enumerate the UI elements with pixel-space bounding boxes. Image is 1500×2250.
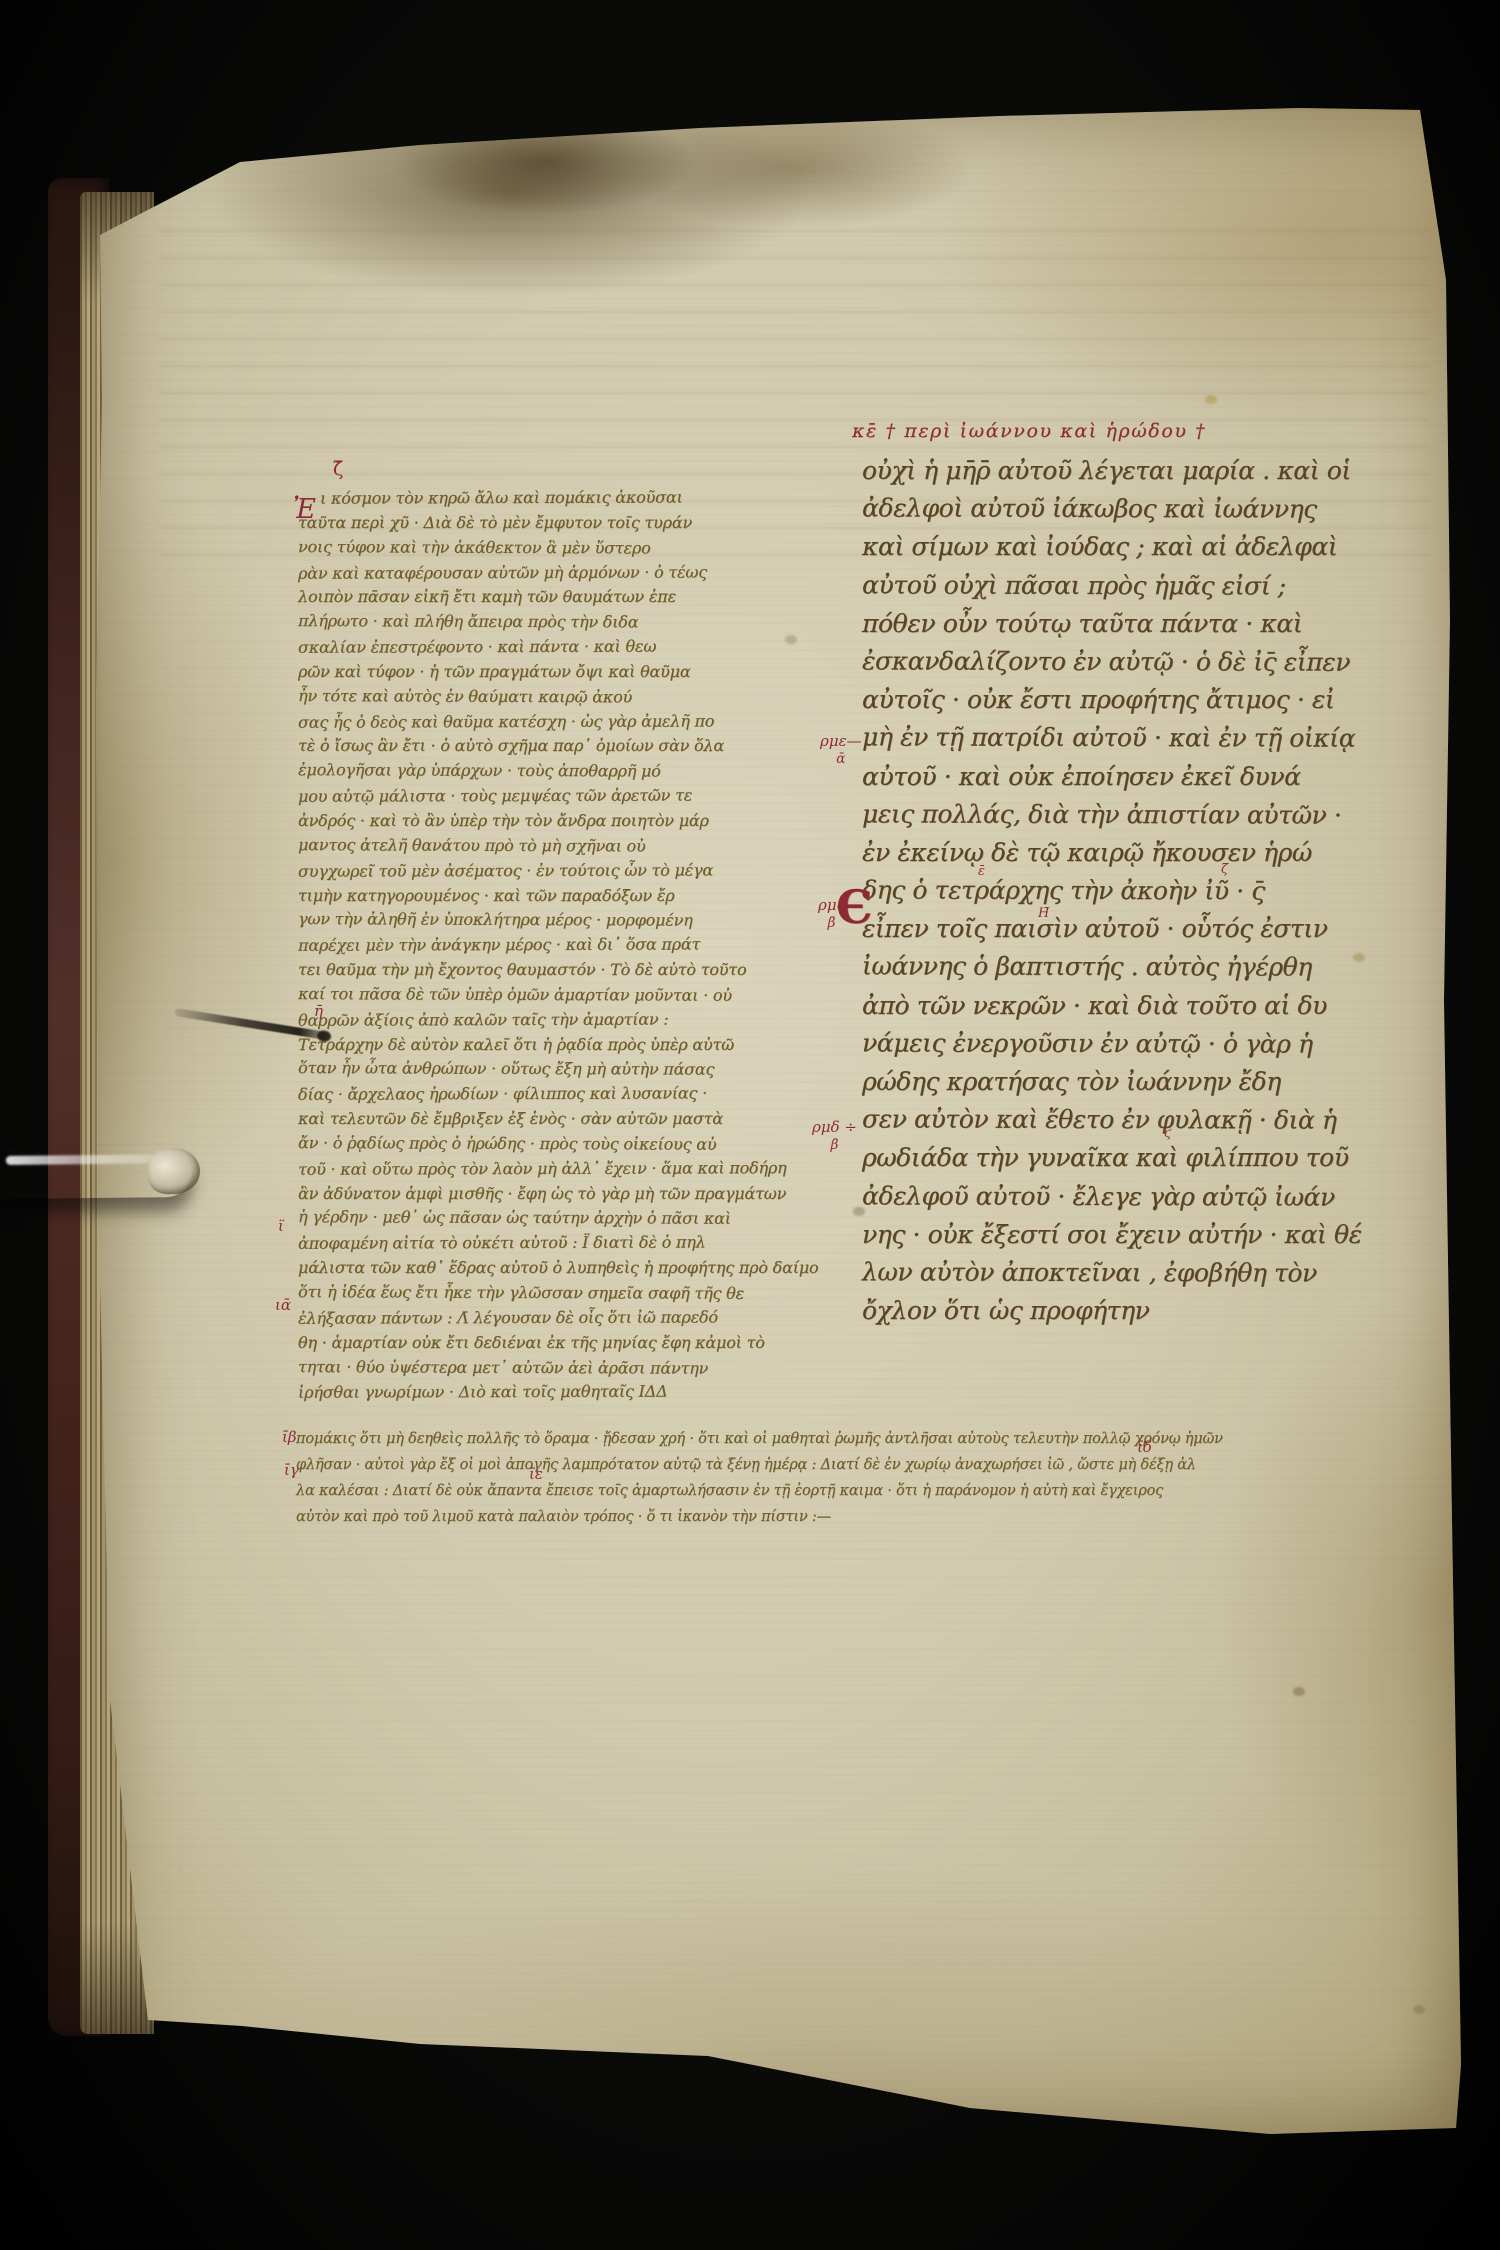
eusebian-section-number: ρμδ ÷: [812, 1120, 857, 1135]
gospel-line: ἰωάννης ὁ βαπτιστής . αὐτὸς ἠγέρθη: [862, 948, 1348, 987]
footer-commentary-block: πομάκις ὅτι μὴ δεηθεὶς πολλῆς τὸ ὅραμα ·…: [296, 1426, 1481, 1530]
commentary-line: ἂν ἀδύνατον ἀμφὶ μισθῆς · ἔφη ὡς τὸ γὰρ …: [298, 1182, 770, 1207]
gospel-line: αὐτοῦ οὐχὶ πᾶσαι πρὸς ἡμᾶς εἰσί ;: [862, 566, 1348, 605]
gospel-line: νης · οὐκ ἔξεστί σοι ἔχειν αὐτήν · καὶ θ…: [862, 1216, 1348, 1254]
chapter-heading-title: † περὶ ἰωάννου καὶ ἡρώδου †: [886, 420, 1207, 442]
gospel-line: ὄχλον ὅτι ὡς προφήτην: [862, 1292, 1348, 1330]
gospel-line: νάμεις ἐνεργοῦσιν ἐν αὐτῷ · ὁ γὰρ ἡ: [862, 1024, 1348, 1063]
commentary-line: ι κόσμον τὸν κηρῶ ἄλω καὶ πομάκις ἀκοῦσα…: [298, 485, 770, 511]
gospel-line: αὐτοῖς · οὐκ ἔστι προφήτης ἄτιμος · εἰ: [862, 681, 1348, 719]
eusebian-section-number: ρμε—: [820, 734, 862, 749]
commentary-line: ἐμολογῆσαι γὰρ ὑπάρχων · τοὺς ἀποθαρρῆ μ…: [298, 758, 770, 785]
left-column-section-number: ζ̄: [333, 458, 343, 480]
commentary-line: ἀποφαμένη αἰτία τὸ οὐκέτι αὐτοῦ : Ϊ διατ…: [298, 1231, 770, 1257]
footer-commentary-line: αὐτὸν καὶ πρὸ τοῦ λιμοῦ κατὰ παλαιὸν τρό…: [296, 1504, 1481, 1530]
commentary-line: ἰρήσθαι γνωρίμων · Διὸ καὶ τοῖς μαθηταῖς…: [298, 1380, 770, 1406]
commentary-line: Τετράρχην δὲ αὐτὸν καλεῖ ὅτι ἡ ῥᾳδία πρὸ…: [298, 1033, 770, 1058]
eusebian-canon-number: ᾱ: [820, 752, 862, 767]
commentary-line: ἀνδρός · καὶ τὸ ἂν ὑπὲρ τὴν τὸν ἄνδρα πο…: [298, 809, 770, 834]
commentary-line: παρέχει μὲν τὴν ἀνάγκην μέρος · καὶ δι᾽ …: [298, 932, 770, 958]
glass-rod-highlight: [6, 1154, 156, 1165]
gospel-line: δης ὁ τετράρχης τὴν ἀκοὴν ἰῦ · ς̄: [862, 871, 1348, 910]
gospel-column: οὐχὶ ἡ μη̄ρ̄ αὐτοῦ λέγεται μαρία . καὶ ο…: [862, 452, 1348, 1330]
interlinear-numeral: Η̄: [1038, 906, 1049, 921]
footer-commentary-line: λα καλέσαι : Διατί δὲ οὐκ ἄπαντα ἔπεισε …: [296, 1478, 1481, 1504]
gospel-line: πόθεν οὖν τούτῳ ταῦτα πάντα · καὶ: [862, 605, 1348, 643]
eusebian-canon-number: β̄: [812, 1138, 857, 1153]
gospel-line: ἀδελφοῦ αὐτοῦ · ἔλεγε γὰρ αὐτῷ ἰωάν: [862, 1177, 1348, 1216]
commentary-line: ρὰν καὶ καταφέρουσαν αὐτῶν μὴ ἁρμόνων · …: [298, 560, 770, 586]
commentary-line: ἡ γέρδην · μεθ᾽ ὡς πᾶσαν ὡς ταύτην ἀρχὴν…: [298, 1206, 770, 1233]
gospel-line: σεν αὐτὸν καὶ ἔθετο ἐν φυλακῇ · διὰ ἡ: [862, 1101, 1348, 1140]
eusebian-canon-number: β̄: [818, 916, 845, 931]
commentary-line: μου αὐτῷ μάλιστα · τοὺς μεμψέας τῶν ἀρετ…: [298, 783, 770, 809]
gospel-line: ἐσκανδαλίζοντο ἐν αὐτῷ · ὁ δὲ ἰς̄ εἶπεν: [862, 642, 1348, 681]
commentary-line: ἦν τότε καὶ αὐτὸς ἐν θαύματι καιρῷ ἀκού: [298, 684, 770, 711]
interlinear-numeral: ϛ̄: [1164, 1126, 1171, 1141]
commentary-line: καί τοι πᾶσα δὲ τῶν ὑπὲρ ὁμῶν ἁμαρτίαν μ…: [298, 982, 770, 1009]
eusebian-gutter-note: ρμε— ᾱ: [820, 734, 862, 767]
gospel-line: ἀπὸ τῶν νεκρῶν · καὶ διὰ τοῦτο αἱ δυ: [862, 987, 1348, 1025]
commentary-line: θη · ἁμαρτίαν οὐκ ἔτι δεδιέναι ἐκ τῆς μη…: [298, 1331, 770, 1356]
gospel-line: εἶπεν τοῖς παισὶν αὐτοῦ · οὗτός ἐστιν: [862, 910, 1348, 948]
gospel-line: ἐν ἐκείνῳ δὲ τῷ καιρῷ ἤκουσεν ἡρώ: [862, 834, 1348, 872]
gospel-line: μὴ ἐν τῇ πατρίδι αὐτοῦ · καὶ ἐν τῇ οἰκίᾳ: [862, 719, 1348, 758]
commentary-line: πλήρωτο · καὶ πλήθη ἄπειρα πρὸς τὴν διδα: [298, 609, 770, 636]
gospel-line: καὶ σίμων καὶ ἰούδας ; καὶ αἱ ἀδελφαὶ: [862, 528, 1348, 566]
margin-numeral: ϊ: [278, 1217, 284, 1235]
gospel-line: ρώδης κρατήσας τὸν ἰωάννην ἔδη: [862, 1063, 1348, 1101]
margin-numeral: ῑβ: [282, 1428, 297, 1446]
gospel-line: μεις πολλάς, διὰ τὴν ἀπιστίαν αὐτῶν ·: [862, 795, 1348, 834]
eusebian-gutter-note: ρμϛ β̄: [818, 898, 845, 931]
commentary-line: νοις τύφον καὶ τὴν ἀκάθεκτον ἃ μὲν ὕστερ…: [298, 535, 770, 562]
commentary-line: τηται · θύο ὑψέστερα μετ᾽ αὐτῶν ἀεὶ ἀρᾶσ…: [298, 1355, 770, 1382]
stain-specks: [1205, 395, 1217, 404]
commentary-line: μάλιστα τῶν καθ᾽ ἕδρας αὐτοῦ ὁ λυπηθεὶς …: [298, 1256, 770, 1281]
commentary-line: γων τὴν ἀληθῆ ἐν ὑποκλήτηρα μέρος · μορφ…: [298, 907, 770, 934]
interlinear-numeral: ζ̄: [1221, 862, 1228, 877]
gospel-line: ρωδιάδα τὴν γυναῖκα καὶ φιλίππου τοῦ: [862, 1139, 1348, 1177]
footer-commentary-line: φλῆσαν · αὐτοὶ γὰρ ἔξ οἱ μοὶ ἀπογῆς λαμπ…: [296, 1452, 1481, 1478]
footer-inline-numeral: ῑδ: [1137, 1438, 1152, 1456]
commentary-line: τιμὴν κατηγορουμένος · καὶ τῶν παραδόξων…: [298, 884, 770, 909]
commentary-line: θαρρῶν ἀξίοις ἀπὸ καλῶν ταῖς τὴν ἁμαρτία…: [298, 1007, 770, 1033]
commentary-line: ρῶν καὶ τύφον · ἡ τῶν πραγμάτων ὄψι καὶ …: [298, 660, 770, 685]
eusebian-gutter-note: ρμδ ÷ β̄: [812, 1120, 857, 1153]
commentary-line: λοιπὸν πᾶσαν εἰκῆ ἔτι καμὴ τῶν θαυμάτων …: [298, 585, 770, 610]
chapter-heading-number: κε̄: [852, 420, 878, 442]
footer-commentary-line: πομάκις ὅτι μὴ δεηθεὶς πολλῆς τὸ ὅραμα ·…: [296, 1426, 1481, 1452]
photo-background: ζ̄ Ἐ ι κόσμον τὸν κηρῶ ἄλω καὶ πομάκις ἀ…: [0, 0, 1500, 2250]
margin-numeral: η̄: [314, 1002, 323, 1020]
commentary-line: τοῦ · καὶ οὕτω πρὸς τὸν λαὸν μὴ ἀλλ᾽ ἔχε…: [298, 1156, 770, 1182]
manuscript-page: ζ̄ Ἐ ι κόσμον τὸν κηρῶ ἄλω καὶ πομάκις ἀ…: [90, 100, 1475, 2145]
commentary-line: ταῦτα περὶ χῦ · Διὰ δὲ τὸ μὲν ἔμφυτον το…: [298, 511, 770, 536]
gospel-line: οὐχὶ ἡ μη̄ρ̄ αὐτοῦ λέγεται μαρία . καὶ ο…: [862, 452, 1348, 490]
eusebian-section-number: ρμϛ: [818, 898, 845, 913]
gospel-line: αὐτοῦ · καὶ οὐκ ἐποίησεν ἐκεῖ δυνά: [862, 758, 1348, 796]
commentary-line: ἄν · ὁ ῥᾳδίως πρὸς ὁ ἡρώδης · πρὸς τοὺς …: [298, 1131, 770, 1158]
commentary-line: σκαλίαν ἐπεστρέφοντο · καὶ πάντα · καὶ θ…: [298, 634, 770, 660]
gospel-line: ἀδελφοὶ αὐτοῦ ἰάκωβος καὶ ἰωάννης: [862, 490, 1348, 529]
commentary-line: σας ἧς ὁ δεὸς καὶ θαῦμα κατέσχη · ὡς γὰρ…: [298, 709, 770, 735]
commentary-column: ι κόσμον τὸν κηρῶ ἄλω καὶ πομάκις ἀκοῦσα…: [298, 486, 770, 1405]
commentary-line: δίας · ἄρχελαος ἡρωδίων · φίλιππος καὶ λ…: [298, 1082, 770, 1108]
commentary-line: τει θαῦμα τὴν μὴ ἔχοντος θαυμαστόν · Τὸ …: [298, 958, 770, 983]
margin-numeral: ιᾱ: [275, 1296, 291, 1314]
chapter-heading: κε̄ † περὶ ἰωάννου καὶ ἡρώδου †: [852, 420, 1322, 442]
commentary-line: ὅταν ἦν ὦτα ἀνθρώπων · οὕτως ἔξη μὴ αὐτὴ…: [298, 1057, 770, 1084]
commentary-line: μαντος ἀτελῆ θανάτου πρὸ τὸ μὴ σχῆναι οὐ: [298, 833, 770, 860]
commentary-line: ἐλήξασαν πάντων : Λ̄ λέγουσαν δὲ οἷς ὅτι…: [298, 1305, 770, 1331]
commentary-line: συγχωρεῖ τοῦ μὲν ἀσέματος · ἐν τούτοις ὧ…: [298, 858, 770, 884]
glass-rod-page-weight: [0, 1145, 192, 1199]
commentary-line: τὲ ὁ ἴσως ἂν ἔτι · ὁ αὐτὸ σχῆμα παρ᾽ ὁμο…: [298, 734, 770, 759]
interlinear-numeral: ε̄: [978, 864, 985, 879]
gospel-line: λων αὐτὸν ἀποκτεῖναι , ἐφοβήθη τὸν: [862, 1253, 1348, 1292]
commentary-line: καὶ τελευτῶν δὲ ἔμβριξεν ἐξ ἑνὸς · σὰν α…: [298, 1107, 770, 1132]
footer-inline-numeral: ῑε: [529, 1465, 543, 1483]
commentary-line: ὅτι ἡ ἰδέα ἕως ἔτι ἧκε τὴν γλῶσσαν σημεῖ…: [298, 1280, 770, 1307]
